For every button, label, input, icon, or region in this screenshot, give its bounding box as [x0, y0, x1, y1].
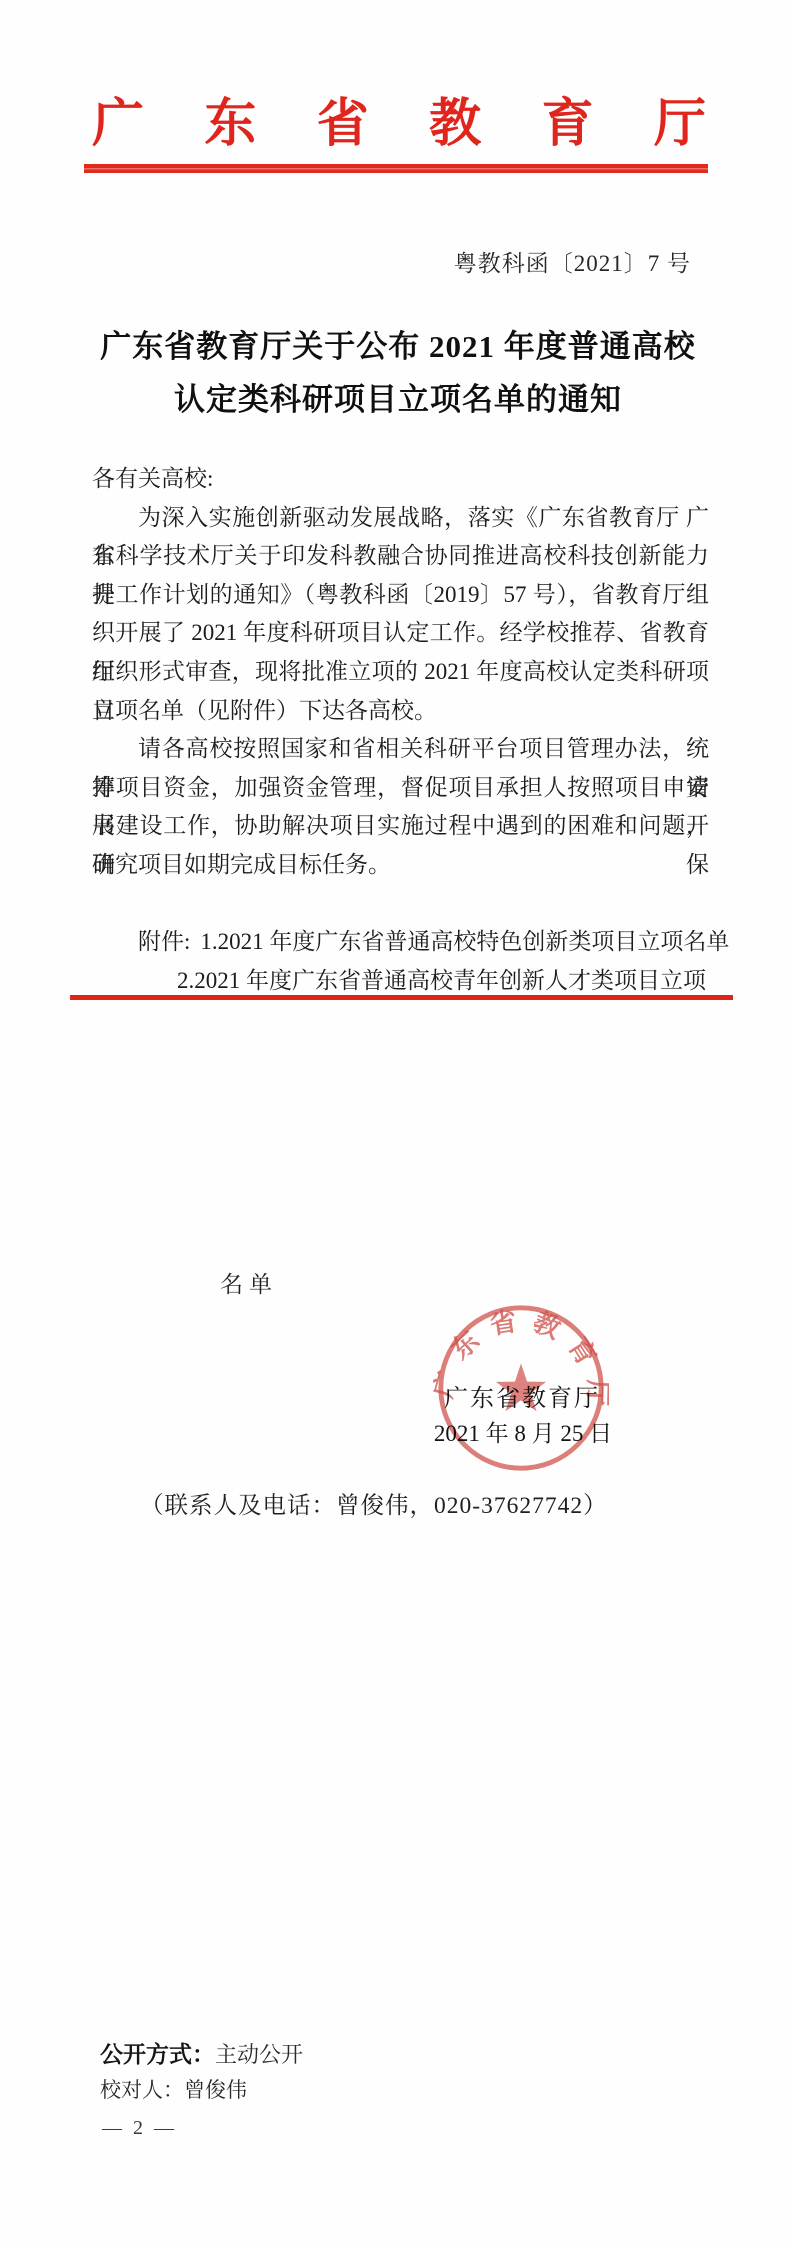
publicity-method-label: 公开方式：: [100, 2041, 215, 2067]
paragraph-line: 升工作计划的通知》（粤教科函〔2019〕57 号），省教育厅组: [92, 576, 709, 615]
notice-title-line2: 认定类科研项目立项名单的通知: [88, 373, 708, 426]
paragraph-line: 为深入实施创新驱动发展战略，落实《广东省教育厅 广东: [92, 499, 709, 538]
seal-arc-text: 广东省教育厅: [433, 1304, 609, 1419]
paragraph-line: 请各高校按照国家和省相关科研平台项目管理办法，统筹安: [92, 730, 709, 769]
proofreader-label: 校对人：: [100, 2078, 184, 2102]
paragraph-line: 织开展了 2021 年度科研项目认定工作。经学校推荐、省教育厅: [92, 614, 709, 653]
notice-title-line1: 广东省教育厅关于公布 2021 年度普通高校: [88, 320, 708, 373]
proofreader: 校对人：曾俊伟: [100, 2074, 247, 2104]
attachment-item-1: 1.2021 年度广东省普通高校特色创新类项目立项名单: [200, 929, 729, 954]
contact-line: （联系人及电话：曾俊伟，020-37627742）: [140, 1486, 608, 1520]
official-seal: 广东省教育厅: [433, 1300, 609, 1476]
attachments-label: 附件:: [138, 929, 190, 954]
page-divider-line: [70, 995, 733, 1000]
paragraph-line: 立项名单（见附件）下达各高校。: [92, 692, 709, 731]
doc-number: 粤教科函〔2021〕7 号: [454, 245, 691, 278]
paragraph-line: 展建设工作，协助解决项目实施过程中遇到的困难和问题，确保: [92, 807, 709, 846]
letterhead-agency-name: 广东省教育厅: [92, 86, 706, 150]
salutation: 各有关高校:: [92, 460, 709, 499]
attachment-continuation: 名单: [220, 1266, 278, 1299]
publicity-method: 公开方式：主动公开: [100, 2036, 303, 2069]
svg-text:广东省教育厅: 广东省教育厅: [433, 1304, 609, 1419]
notice-title: 广东省教育厅关于公布 2021 年度普通高校 认定类科研项目立项名单的通知: [88, 320, 708, 426]
seal-star-icon: [496, 1364, 546, 1412]
document-page: 广东省教育厅 粤教科函〔2021〕7 号 广东省教育厅关于公布 2021 年度普…: [0, 0, 793, 2244]
attachments-line-1: 附件:1.2021 年度广东省普通高校特色创新类项目立项名单: [92, 923, 709, 962]
notice-body: 各有关高校: 为深入实施创新驱动发展战略，落实《广东省教育厅 广东 省科学技术厅…: [92, 460, 709, 1000]
proofreader-value: 曾俊伟: [184, 2078, 247, 2102]
paragraph-line: 排项目资金，加强资金管理，督促项目承担人按照项目申请书开: [92, 769, 709, 808]
paragraph-line: 省科学技术厅关于印发科教融合协同推进高校科技创新能力提: [92, 537, 709, 576]
blank-line: [92, 885, 709, 924]
paragraph-line: 组织形式审查，现将批准立项的 2021 年度高校认定类科研项目: [92, 653, 709, 692]
page-number: — 2 —: [102, 2117, 177, 2140]
publicity-method-value: 主动公开: [215, 2042, 303, 2067]
letterhead-rule: [84, 164, 708, 173]
